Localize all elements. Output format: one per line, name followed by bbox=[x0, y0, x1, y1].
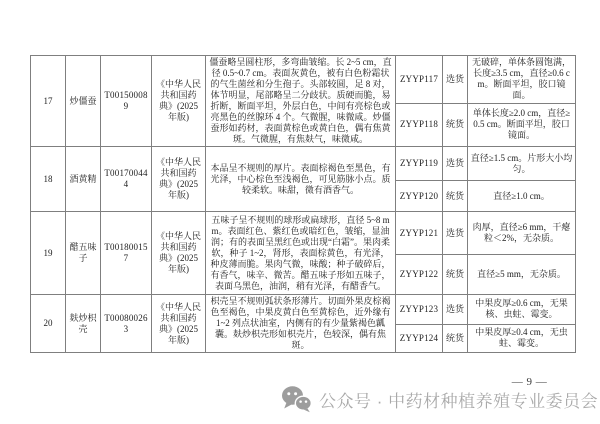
spec-grade: 统货 bbox=[443, 255, 468, 295]
product-code: T001800157 bbox=[101, 212, 152, 295]
product-name: 酒黄精 bbox=[66, 147, 101, 212]
spec-grade: 统货 bbox=[443, 324, 468, 353]
product-name: 麸炒枳壳 bbox=[66, 295, 101, 353]
row-number: 20 bbox=[31, 295, 66, 353]
spec-text: 直径≥1.5 cm。片形大小均匀。 bbox=[468, 147, 576, 181]
spec-text: 中果皮厚≥0.4 cm，无虫蛀、霉变。 bbox=[468, 324, 576, 353]
spec-grade: 选货 bbox=[443, 295, 468, 325]
product-code: T000800263 bbox=[101, 295, 152, 353]
standard-ref: 《中华人民共和国药典》(2025 年版) bbox=[152, 212, 206, 295]
table-row: 19 醋五味子 T001800157 《中华人民共和国药典》(2025 年版) … bbox=[31, 212, 576, 255]
spec-code: ZYYP118 bbox=[396, 103, 443, 146]
spec-text: 单体长度≥2.0 cm，直径≥0.5 cm。断面平坦，胶口镜面。 bbox=[468, 103, 576, 146]
spec-grade: 选货 bbox=[443, 56, 468, 104]
spec-text: 中果皮厚≥0.6 cm，无果核、虫蛀、霉变。 bbox=[468, 295, 576, 325]
spec-grade: 选货 bbox=[443, 212, 468, 255]
standard-ref: 《中华人民共和国药典》(2025 年版) bbox=[152, 147, 206, 212]
description: 枳壳呈不规则弧状条形薄片。切面外果皮棕褐色至褐色，中果皮黄白色至黄棕色，近外缘有… bbox=[206, 295, 396, 353]
table-row: 20 麸炒枳壳 T000800263 《中华人民共和国药典》(2025 年版) … bbox=[31, 295, 576, 325]
spec-code: ZYYP122 bbox=[396, 255, 443, 295]
spec-code: ZYYP124 bbox=[396, 324, 443, 353]
standard-ref: 《中华人民共和国药典》(2025 年版) bbox=[152, 56, 206, 147]
spec-code: ZYYP121 bbox=[396, 212, 443, 255]
product-code: T001500089 bbox=[101, 56, 152, 147]
table-row: 18 酒黄精 T001700444 《中华人民共和国药典》(2025 年版) 本… bbox=[31, 147, 576, 181]
spec-code: ZYYP120 bbox=[396, 181, 443, 212]
watermark: 公众号 · 中药材种植养殖专业委员会 bbox=[281, 385, 598, 413]
watermark-text: 公众号 · 中药材种植养殖专业委员会 bbox=[319, 387, 598, 412]
spec-text: 无破碎，单体条圆饱满，长度≥3.5 cm，直径≥0.6 cm。断面平坦，胶口镜面… bbox=[468, 56, 576, 104]
product-name: 炒僵蚕 bbox=[66, 56, 101, 147]
specification-table: 17 炒僵蚕 T001500089 《中华人民共和国药典》(2025 年版) 僵… bbox=[30, 55, 576, 353]
product-name: 醋五味子 bbox=[66, 212, 101, 295]
spec-code: ZYYP119 bbox=[396, 147, 443, 181]
spec-text: 直径≥1.0 cm。 bbox=[468, 181, 576, 212]
row-number: 17 bbox=[31, 56, 66, 147]
spec-text: 肉厚，直径≥6 mm，干瘪粒＜2%，无杂质。 bbox=[468, 212, 576, 255]
spec-code: ZYYP117 bbox=[396, 56, 443, 104]
spec-code: ZYYP123 bbox=[396, 295, 443, 325]
spec-grade: 统货 bbox=[443, 181, 468, 212]
row-number: 19 bbox=[31, 212, 66, 295]
standard-ref: 《中华人民共和国药典》(2025 年版) bbox=[152, 295, 206, 353]
product-code: T001700444 bbox=[101, 147, 152, 212]
description: 本品呈不规则的厚片。表面棕褐色至黑色，有光泽，中心棕色至浅褐色，可见筋脉小点。质… bbox=[206, 147, 396, 212]
row-number: 18 bbox=[31, 147, 66, 212]
spec-grade: 统货 bbox=[443, 103, 468, 146]
spec-grade: 选货 bbox=[443, 147, 468, 181]
description: 五味子呈不规则的球形或扁球形，直径 5~8 mm。表面红色、紫红色或暗红色，皱缩… bbox=[206, 212, 396, 295]
description: 僵蚕略呈圆柱形，多弯曲皱缩。长 2~5 cm，直径 0.5~0.7 cm。表面灰… bbox=[206, 56, 396, 147]
document-page: 17 炒僵蚕 T001500089 《中华人民共和国药典》(2025 年版) 僵… bbox=[0, 0, 600, 424]
table-row: 17 炒僵蚕 T001500089 《中华人民共和国药典》(2025 年版) 僵… bbox=[31, 56, 576, 104]
wechat-icon bbox=[281, 385, 312, 413]
spec-text: 直径≥5 mm，无杂质。 bbox=[468, 255, 576, 295]
